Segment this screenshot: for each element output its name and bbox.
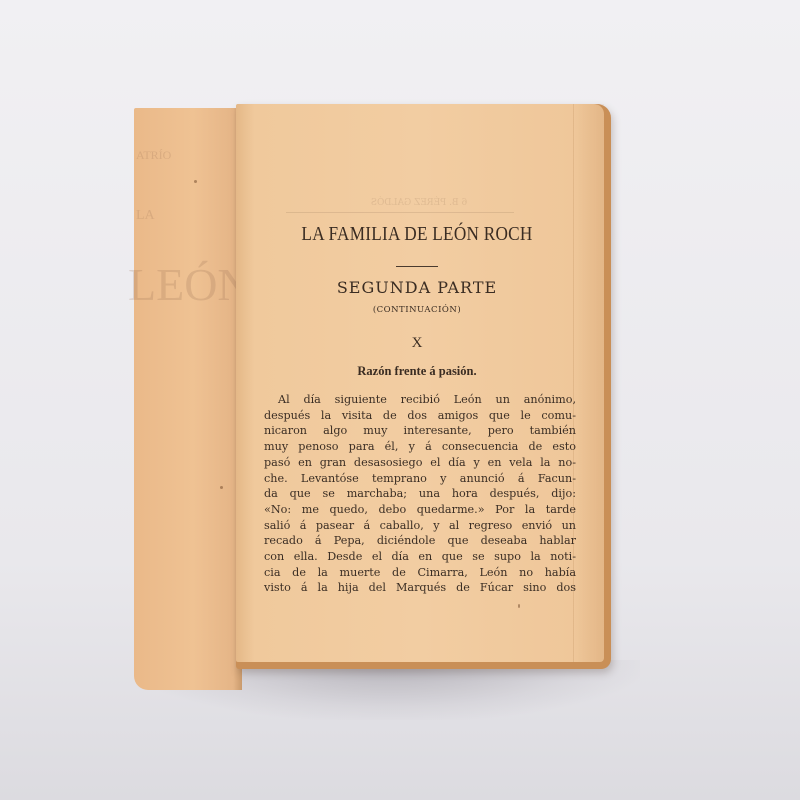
- text-line: da que se marchaba; una hora después, di…: [264, 486, 576, 502]
- left-page-bleed-text: LA: [136, 208, 155, 224]
- text-line: visto á la hija del Marqués de Fúcar sin…: [264, 580, 576, 596]
- body-text: Al día siguiente recibió León un anónimo…: [264, 392, 576, 596]
- foxing-spot: [518, 604, 520, 608]
- text-line: che. Levantóse temprano y anunció á Facu…: [264, 471, 576, 487]
- show-through-rule: [286, 212, 514, 213]
- text-line: muy penoso para él, y á consecuencia de …: [264, 439, 576, 455]
- foxing-spot: [220, 486, 223, 489]
- left-page: ATRÍO LA LEÓN: [134, 108, 242, 690]
- part-note: (CONTINUACIÓN): [264, 305, 570, 315]
- book-title: LA FAMILIA DE LEÓN ROCH: [285, 223, 548, 246]
- page-fore-edge: [573, 104, 604, 662]
- title-rule: [396, 266, 438, 267]
- foxing-spot: [194, 180, 197, 183]
- left-page-bleed-text: LEÓN: [128, 258, 251, 311]
- text-line: pasó en gran desasosiego el día y en vel…: [264, 455, 576, 471]
- text-line: Al día siguiente recibió León un anónimo…: [264, 392, 576, 408]
- text-line: con ella. Desde el día en que se supo la…: [264, 549, 576, 565]
- text-line: salió á pasear á caballo, y al regreso e…: [264, 518, 576, 534]
- chapter-title: Razón frente á pasión.: [264, 364, 570, 379]
- text-line: «No: me quedo, debo quedarme.» Por la ta…: [264, 502, 576, 518]
- part-heading: SEGUNDA PARTE: [264, 278, 570, 297]
- show-through-header: 6 B. PÉREZ GALDÓS: [284, 196, 554, 212]
- text-line: recado á Pepa, diciéndole que deseaba ha…: [264, 533, 576, 549]
- text-line: después la visita de dos amigos que le c…: [264, 408, 576, 424]
- text-line: nicaron algo muy interesante, pero tambi…: [264, 423, 576, 439]
- chapter-number: X: [264, 335, 570, 352]
- left-page-bleed-text: ATRÍO: [136, 148, 171, 163]
- text-line: cia de la muerte de Cimarra, León no hab…: [264, 565, 576, 581]
